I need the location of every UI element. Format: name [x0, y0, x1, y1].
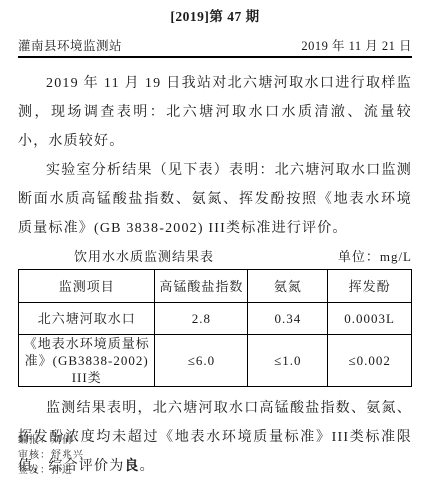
signoff-line-compiler: 编报：刘倩 [18, 433, 84, 448]
col-header-permanganate-index: 高锰酸盐指数 [155, 270, 248, 303]
signoff-block: 编报：刘倩 审核：舒兆兴 签发：孙进 [18, 433, 84, 478]
compiler-label: 编报： [18, 435, 51, 446]
table-unit-label: 单位：mg/L [338, 246, 412, 265]
col-header-volatile-phenol: 挥发酚 [328, 270, 412, 303]
paragraph-lab-analysis: 实验室分析结果（见下表）表明：北六塘河取水口监测断面水质高锰酸盐指数、氨氮、挥发… [18, 156, 412, 243]
reviewer-label: 审核： [18, 450, 51, 461]
reviewer-name: 舒兆兴 [51, 450, 84, 461]
issuer-name: 孙进 [51, 465, 73, 476]
cell-standard-permanganate-limit: ≤6.0 [155, 335, 248, 387]
conclusion-grade: 良 [124, 459, 139, 474]
conclusion-period: 。 [140, 459, 155, 474]
table-row-standard: 《地表水环境质量标准》(GB3838-2002) III类 ≤6.0 ≤1.0 … [19, 335, 412, 387]
compiler-name: 刘倩 [51, 435, 73, 446]
signoff-line-reviewer: 审核：舒兆兴 [18, 448, 84, 463]
cell-standard-phenol-limit: ≤0.002 [328, 335, 412, 387]
masthead-rule: 灌南县环境监测站 2019 年 11 月 21 日 [18, 36, 412, 58]
paragraph-field-survey: 2019 年 11 月 19 日我站对北六塘河取水口进行取样监测，现场调查表明：… [18, 69, 412, 156]
cell-phenol-value: 0.0003L [328, 303, 412, 335]
cell-standard-name: 《地表水环境质量标准》(GB3838-2002) III类 [19, 335, 155, 387]
issue-title: [2019]第 47 期 [18, 5, 412, 25]
table-caption: 饮用水水质监测结果表 [18, 246, 214, 265]
table-header-row: 监测项目 高锰酸盐指数 氨氮 挥发酚 [19, 270, 412, 303]
cell-permanganate-value: 2.8 [155, 303, 248, 335]
col-header-ammonia-nitrogen: 氨氮 [248, 270, 328, 303]
cell-standard-ammonia-limit: ≤1.0 [248, 335, 328, 387]
table-caption-row: 饮用水水质监测结果表 单位：mg/L [18, 246, 412, 265]
results-table: 监测项目 高锰酸盐指数 氨氮 挥发酚 北六塘河取水口 2.8 0.34 0.00… [18, 269, 412, 387]
cell-ammonia-value: 0.34 [248, 303, 328, 335]
issue-date: 2019 年 11 月 21 日 [301, 36, 412, 54]
col-header-monitoring-item: 监测项目 [19, 270, 155, 303]
report-page: [2019]第 47 期 灌南县环境监测站 2019 年 11 月 21 日 2… [0, 0, 432, 482]
agency-name: 灌南县环境监测站 [18, 36, 122, 54]
signoff-line-issuer: 签发：孙进 [18, 463, 84, 478]
table-row-intake: 北六塘河取水口 2.8 0.34 0.0003L [19, 303, 412, 335]
issuer-label: 签发： [18, 465, 51, 476]
cell-site-name: 北六塘河取水口 [19, 303, 155, 335]
